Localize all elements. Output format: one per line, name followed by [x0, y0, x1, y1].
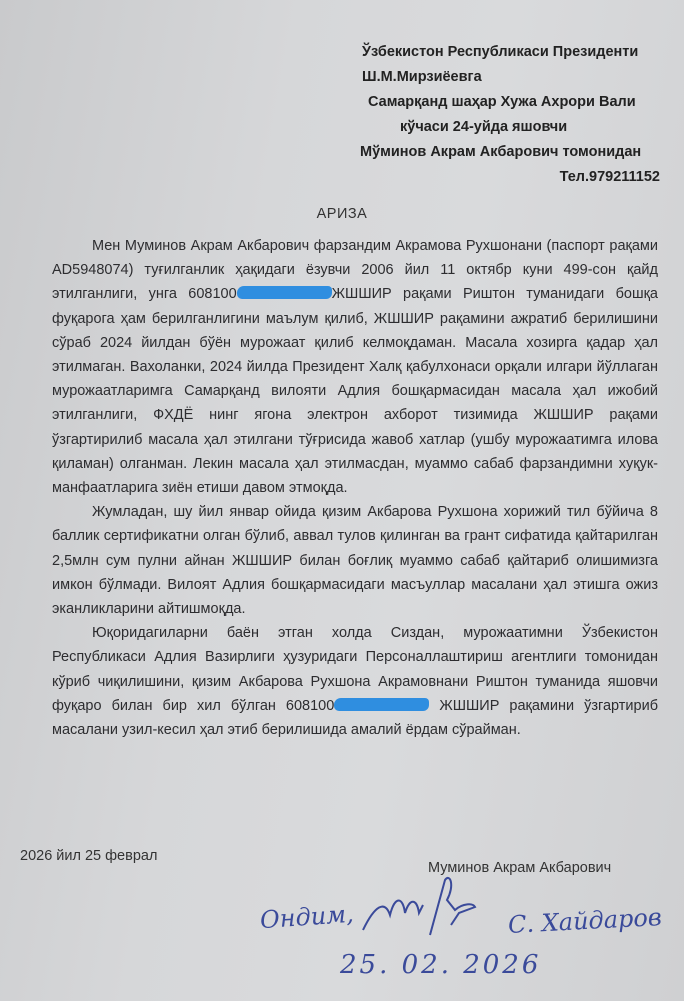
document-body: Мен Муминов Акрам Акбарович фарзандим Ак… [52, 234, 658, 742]
signature-icon [355, 875, 505, 945]
addressee-line: Мўминов Акрам Акбарович томонидан [360, 140, 670, 165]
document-date: 2026 йил 25 феврал [20, 848, 157, 864]
phone-number: Тел.979211152 [360, 165, 670, 190]
addressee-line: Ўзбекистон Республикаси Президенти [360, 40, 670, 65]
handwritten-name: С. Хайдаров [507, 903, 662, 939]
redaction-mark [334, 698, 429, 711]
paragraph-3: Юқоридагиларни баён этган холда Сиздан, … [52, 621, 658, 742]
document-page: Ўзбекистон Республикаси Президенти Ш.М.М… [0, 0, 684, 1001]
redaction-mark [237, 286, 332, 299]
document-title: АРИЗА [0, 206, 684, 222]
addressee-line: Самарқанд шаҳар Хужа Ахрори Вали [360, 90, 670, 115]
paragraph-1: Мен Муминов Акрам Акбарович фарзандим Ак… [52, 234, 658, 500]
addressee-line: кўчаси 24-уйда яшовчи [360, 115, 670, 140]
signer-name: Муминов Акрам Акбарович [428, 860, 611, 876]
paragraph-text: ЖШШИР рақами Риштон туманидаги бошқа фуқ… [52, 286, 658, 496]
handwritten-annotation: Ондим, С. Хайдаров 25. 02. 2026 [260, 895, 680, 995]
paragraph-2: Жумладан, шу йил январ ойида қизим Акбар… [52, 500, 658, 621]
handwritten-date: 25. 02. 2026 [340, 950, 541, 980]
addressee-block: Ўзбекистон Республикаси Президенти Ш.М.М… [360, 40, 670, 190]
addressee-line: Ш.М.Мирзиёевга [360, 65, 670, 90]
handwritten-note: Ондим, [259, 900, 354, 934]
